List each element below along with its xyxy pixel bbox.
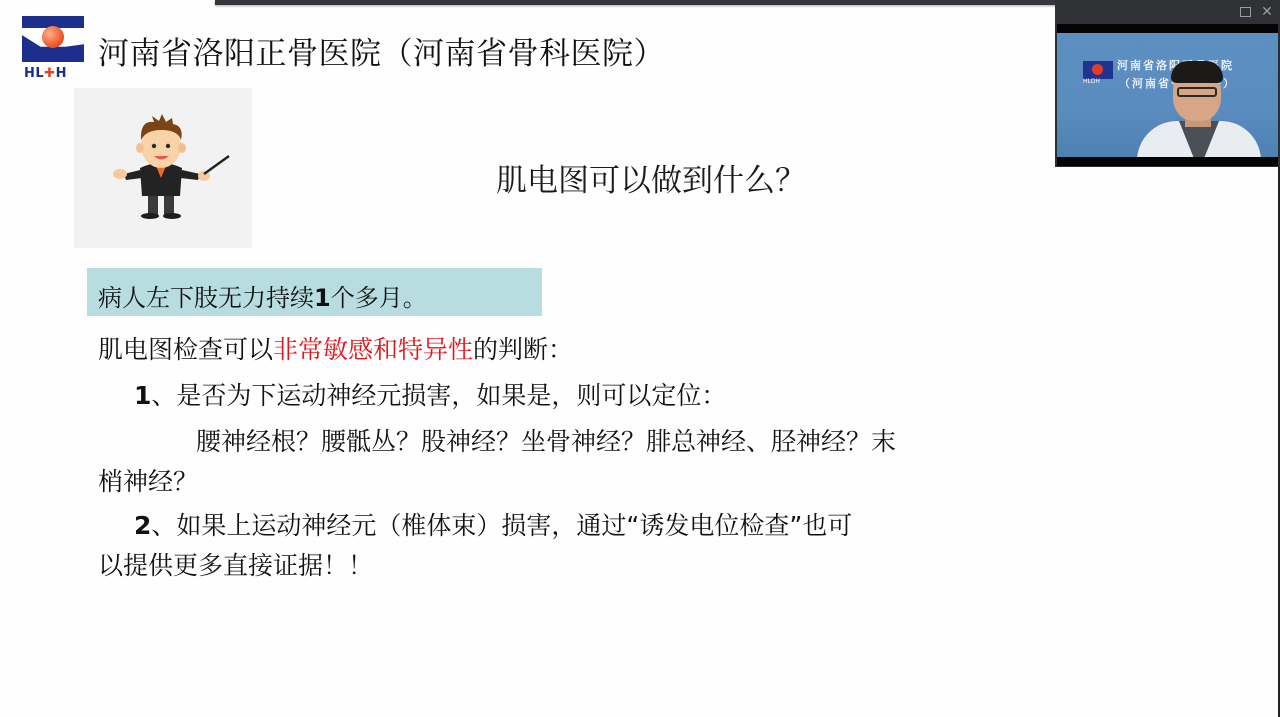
presenter-video-window[interactable]: ✕ HLOH 河南省洛阳正骨医院 （河南省骨科医院） <box>1055 0 1280 167</box>
screen-share-stage: HL✚H 河南省洛阳正骨医院（河南省骨科医院） <box>0 0 1280 717</box>
backdrop-logo: HLOH <box>1083 61 1113 85</box>
intro-text-before: 肌电图检查可以 <box>98 335 273 364</box>
summary-text-after: 个多月。 <box>331 284 427 312</box>
point-2-number: 2 <box>134 511 151 540</box>
intro-text-after: 的判断： <box>473 335 573 364</box>
video-feed: HLOH 河南省洛阳正骨医院 （河南省骨科医院） <box>1057 24 1278 166</box>
screen-share-toolbar-strip[interactable] <box>215 0 1057 5</box>
backdrop-logo-abbr: HLOH <box>1083 78 1100 85</box>
close-icon: ✕ <box>1261 4 1273 20</box>
logo-bar-bottom <box>22 52 84 62</box>
video-scene: HLOH 河南省洛阳正骨医院 （河南省骨科医院） <box>1057 33 1278 157</box>
point-2-line: 2、如果上运动神经元（椎体束）损害，通过“诱发电位检查”也可 <box>134 506 852 542</box>
backdrop-logo-dot <box>1092 64 1103 75</box>
intro-emphasis-red: 非常敏感和特异性 <box>273 335 473 364</box>
hair <box>1171 61 1223 83</box>
close-button[interactable]: ✕ <box>1259 4 1275 20</box>
cross-icon: ✚ <box>44 66 55 81</box>
point-1-detail-line-2: 梢神经？ <box>98 462 198 498</box>
maximize-button[interactable] <box>1237 4 1253 20</box>
point-1-number: 1 <box>134 381 151 410</box>
point-1-detail-line-1: 腰神经根？腰骶丛？股神经？坐骨神经？腓总神经、胫神经？末 <box>196 422 896 458</box>
maximize-icon <box>1240 7 1251 17</box>
point-1-line: 1、是否为下运动神经元损害，如果是，则可以定位： <box>134 376 726 412</box>
glasses-icon <box>1177 87 1217 97</box>
presenter-person <box>1127 61 1267 157</box>
hospital-title: 河南省洛阳正骨医院（河南省骨科医院） <box>98 28 665 73</box>
logo-abbr-suffix: H <box>56 66 67 81</box>
logo-abbr-prefix: HL <box>24 66 44 81</box>
emg-intro-line: 肌电图检查可以非常敏感和特异性的判断： <box>98 330 573 366</box>
logo-sphere <box>42 26 64 48</box>
slide-question-heading: 肌电图可以做到什么？ <box>496 155 806 200</box>
hospital-logo: HL✚H <box>22 16 86 84</box>
logo-abbreviation: HL✚H <box>24 66 67 81</box>
presenter-cartoon-image <box>74 88 252 248</box>
point-2-line-continued: 以提供更多直接证据！！ <box>98 546 373 582</box>
teacher-with-pointer-icon <box>74 88 252 248</box>
video-window-titlebar[interactable]: ✕ <box>1055 0 1280 24</box>
point-2-text: 、如果上运动神经元（椎体束）损害，通过“诱发电位检查”也可 <box>151 511 852 540</box>
point-1-text: 、是否为下运动神经元损害，如果是，则可以定位： <box>151 381 726 410</box>
summary-text-before: 病人左下肢无力持续 <box>98 284 314 312</box>
summary-duration-number: 1 <box>314 284 331 312</box>
patient-summary-text: 病人左下肢无力持续1个多月。 <box>98 278 427 313</box>
